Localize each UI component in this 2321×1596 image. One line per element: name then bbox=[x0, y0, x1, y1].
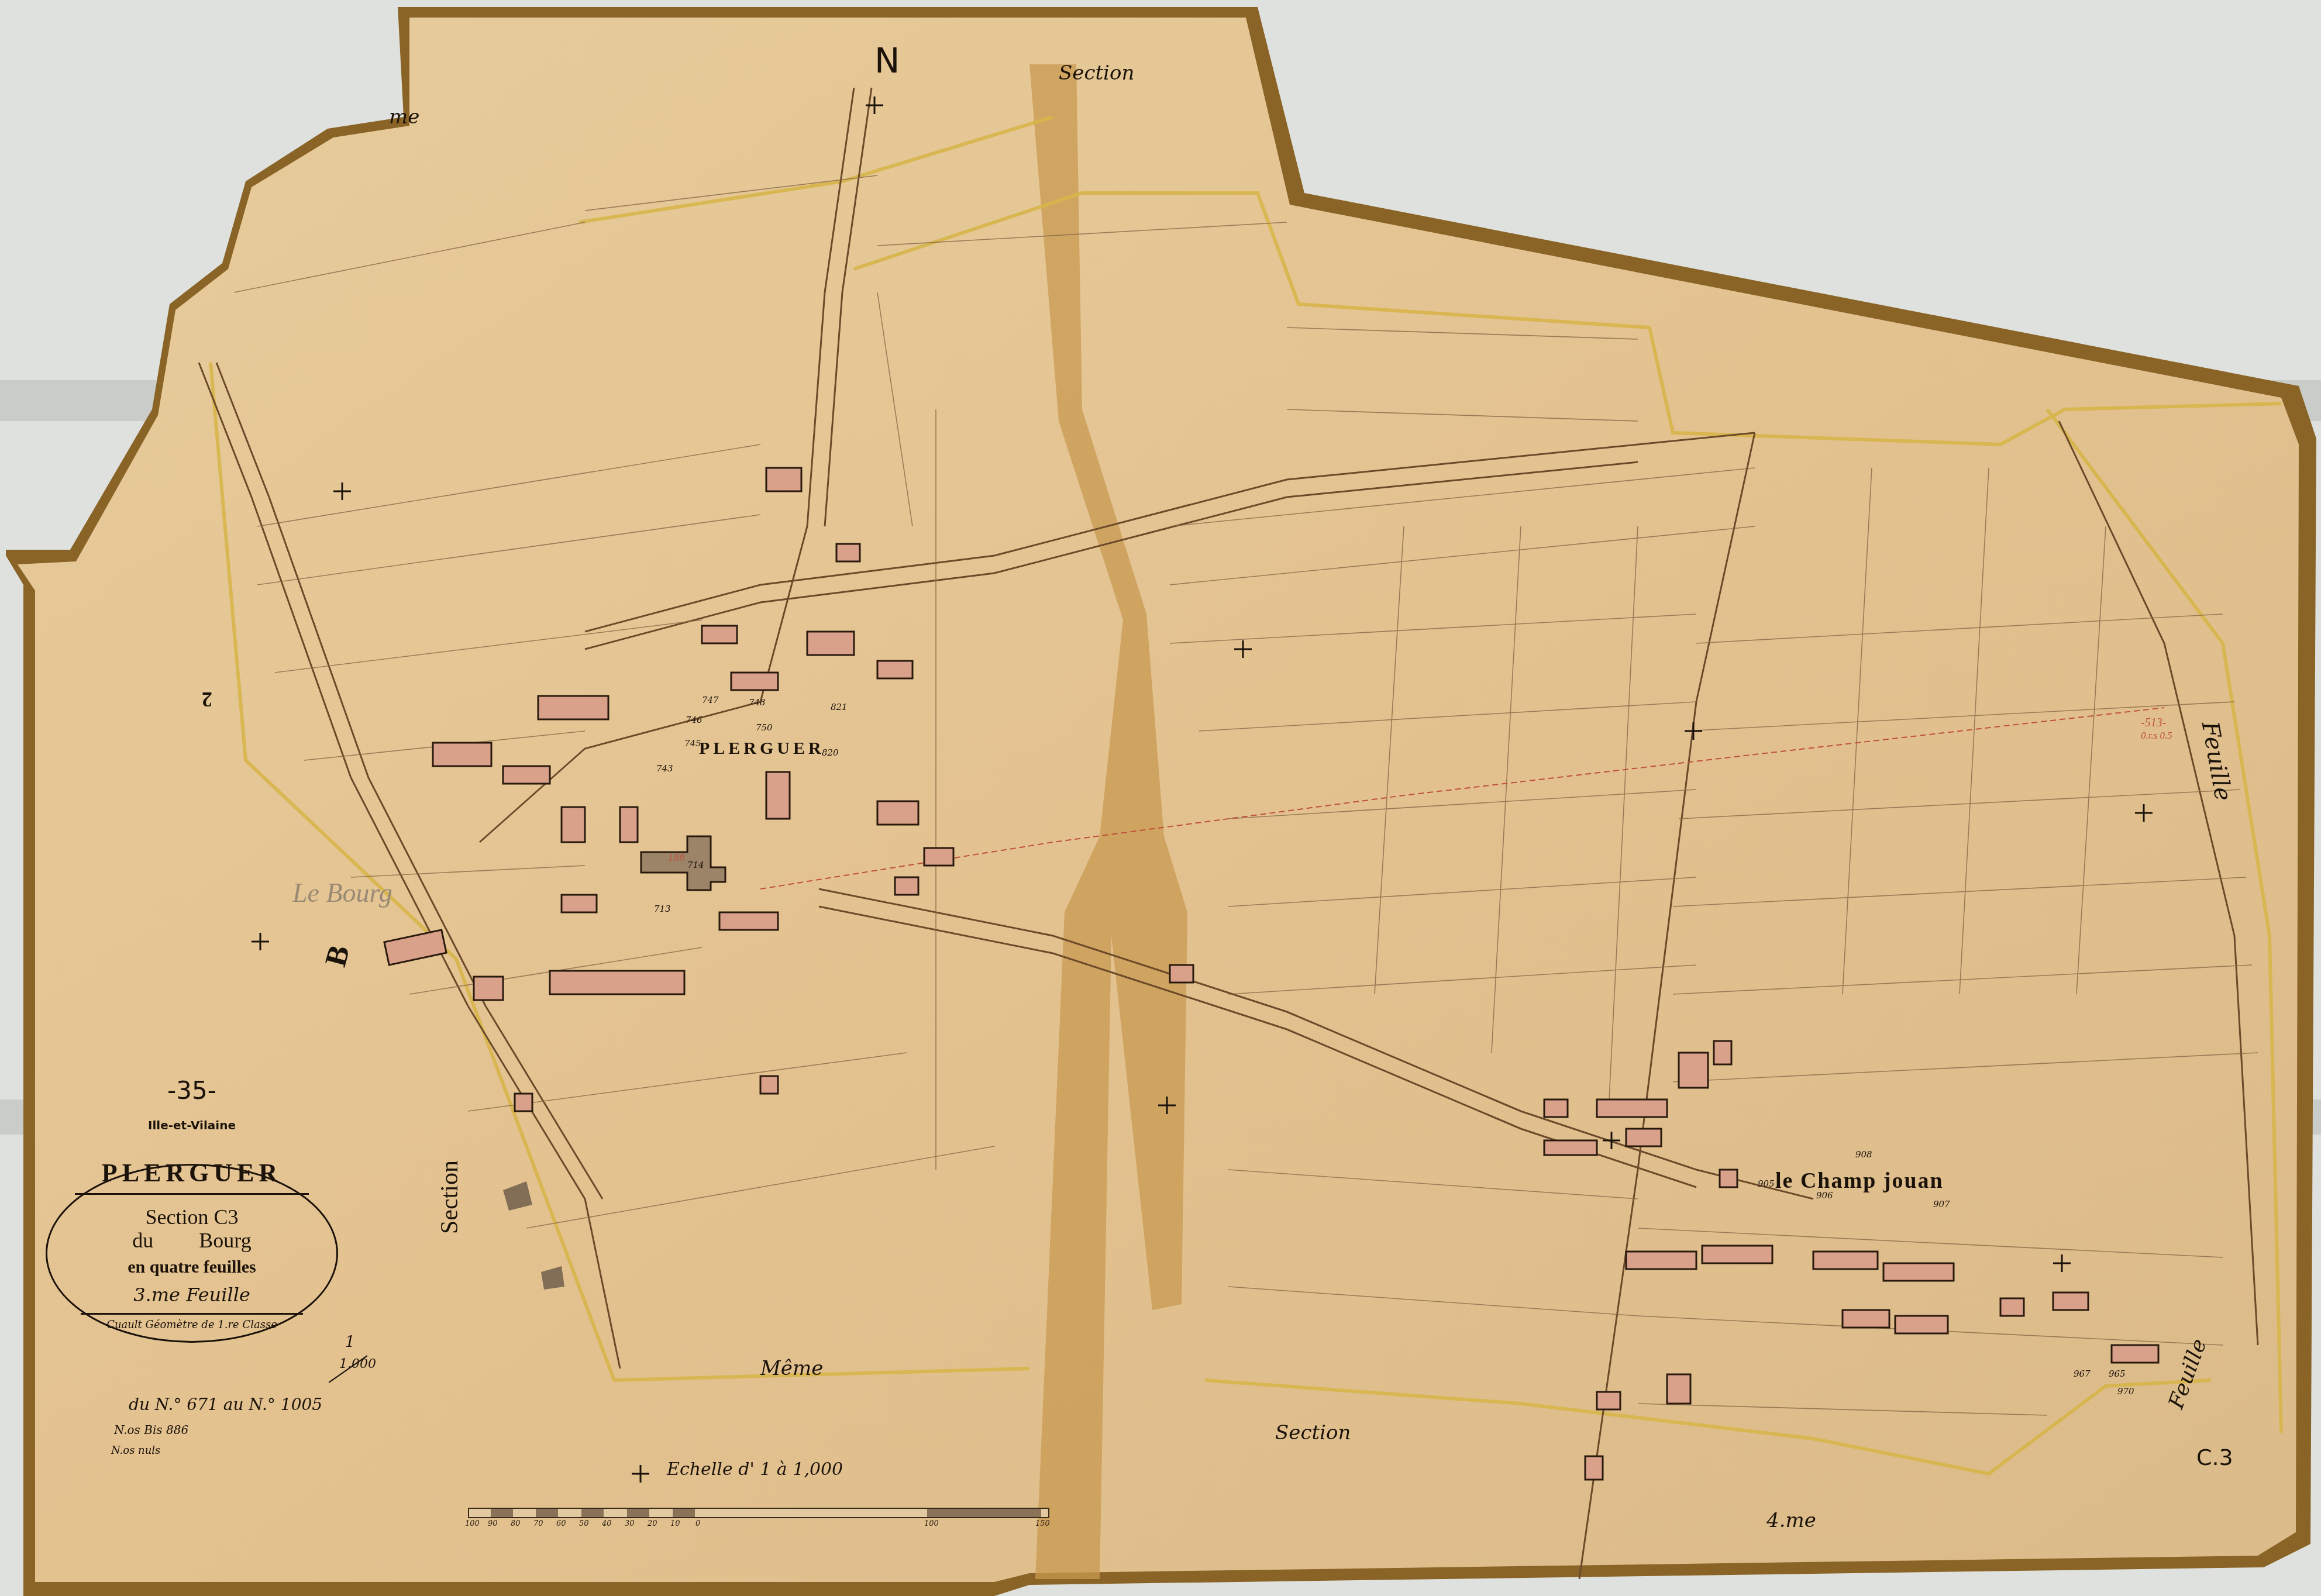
ratio-denominator: 1.000 bbox=[339, 1357, 376, 1371]
fourth-sheet-label: 4.me bbox=[1766, 1509, 1816, 1532]
meme-label-bottom: Même bbox=[760, 1357, 823, 1380]
commune-title: PLERGUER bbox=[46, 1158, 338, 1188]
parcel-number: 967 bbox=[2074, 1369, 2091, 1379]
section-label-left: Section bbox=[436, 1160, 464, 1234]
village-label-plerguer: PLERGUER bbox=[699, 739, 825, 759]
parcel-number: 746 bbox=[686, 715, 703, 725]
scale-tick: 20 bbox=[648, 1519, 657, 1528]
parcel-number: 907 bbox=[1933, 1199, 1950, 1209]
scale-tick: 50 bbox=[579, 1519, 589, 1528]
bourg-line: du Bourg bbox=[46, 1228, 338, 1253]
parcel-number: 714 bbox=[687, 860, 704, 870]
parcel-number: 970 bbox=[2117, 1386, 2134, 1397]
bourg-text: Bourg bbox=[199, 1229, 251, 1252]
scale-segment bbox=[491, 1509, 513, 1517]
parcel-number: 748 bbox=[749, 697, 766, 708]
numbering-nuls: N.os nuls bbox=[111, 1445, 160, 1457]
title-cartouche: -35- Ille-et-Vilaine PLERGUER Section C3… bbox=[46, 1140, 338, 1357]
department-stamp: Ille-et-Vilaine bbox=[46, 1118, 338, 1132]
scale-tick: 40 bbox=[602, 1519, 612, 1528]
section-number-2: 2 bbox=[202, 687, 212, 712]
parcel-number: 820 bbox=[822, 747, 839, 758]
scale-title: Echelle d' 1 à 1,000 bbox=[667, 1459, 843, 1480]
scale-tick: 150 bbox=[1035, 1519, 1050, 1528]
parcel-number: 821 bbox=[831, 702, 848, 712]
parcel-number: 965 bbox=[2109, 1369, 2126, 1379]
sheets-line: en quatre feuilles bbox=[46, 1257, 338, 1277]
title-underline bbox=[75, 1193, 309, 1195]
scale-tick: 60 bbox=[556, 1519, 566, 1528]
section-label-top: Section bbox=[1059, 61, 1134, 85]
parcel-number: 750 bbox=[756, 722, 773, 733]
scale-tick: 90 bbox=[488, 1519, 498, 1528]
sheet-code-label: C.3 bbox=[2196, 1445, 2233, 1470]
cartouche-ellipse bbox=[46, 1164, 338, 1343]
numbering-bis: N.os Bis 886 bbox=[114, 1423, 188, 1437]
parcel-number: 743 bbox=[656, 763, 673, 774]
sheet-underline bbox=[81, 1313, 303, 1315]
parcel-number: 908 bbox=[1855, 1149, 1872, 1160]
red-annotation-2: 0.r.s 0.5 bbox=[2141, 730, 2172, 742]
meme-label-top-left: me bbox=[389, 105, 419, 129]
parcel-number: 747 bbox=[702, 695, 719, 705]
scale-segment bbox=[581, 1509, 604, 1517]
du-text: du bbox=[132, 1229, 153, 1252]
le-bourg-label: Le Bourg bbox=[292, 877, 392, 908]
scale-tick: 30 bbox=[625, 1519, 635, 1528]
archive-stamp-number: -35- bbox=[46, 1076, 338, 1105]
hamlet-label-champ-jouan: le Champ jouan bbox=[1775, 1168, 1944, 1194]
parcel-number: 188 bbox=[668, 853, 685, 863]
numbering-range: du N.° 671 au N.° 1005 bbox=[129, 1395, 322, 1414]
scale-segment bbox=[536, 1509, 558, 1517]
parcel-number: 906 bbox=[1816, 1190, 1833, 1201]
section-title: Section C3 bbox=[46, 1205, 338, 1229]
parcel-number: 713 bbox=[654, 904, 671, 914]
scale-tick: 100 bbox=[924, 1519, 939, 1528]
scale-tick: 10 bbox=[670, 1519, 680, 1528]
scale-tick: 70 bbox=[533, 1519, 543, 1528]
parcel-number: 745 bbox=[684, 738, 701, 749]
scale-tick: 0 bbox=[695, 1519, 700, 1528]
scale-segment bbox=[627, 1509, 649, 1517]
scale-tick: 100 bbox=[465, 1519, 480, 1528]
ratio-numerator: 1 bbox=[345, 1333, 355, 1351]
scale-segment bbox=[927, 1509, 1041, 1517]
surveyor-signature: Cuault Géomètre de 1.re Classe bbox=[46, 1319, 338, 1331]
scale-segment bbox=[673, 1509, 695, 1517]
scale-tick: 80 bbox=[511, 1519, 521, 1528]
scale-bar bbox=[468, 1508, 1049, 1518]
red-annotation: -513- bbox=[2141, 716, 2166, 730]
parcel-number: 905 bbox=[1758, 1178, 1775, 1189]
north-arrow-label: N bbox=[874, 41, 900, 81]
section-label-bottom: Section bbox=[1275, 1421, 1351, 1445]
sheet-number-line: 3.me Feuille bbox=[46, 1284, 338, 1306]
